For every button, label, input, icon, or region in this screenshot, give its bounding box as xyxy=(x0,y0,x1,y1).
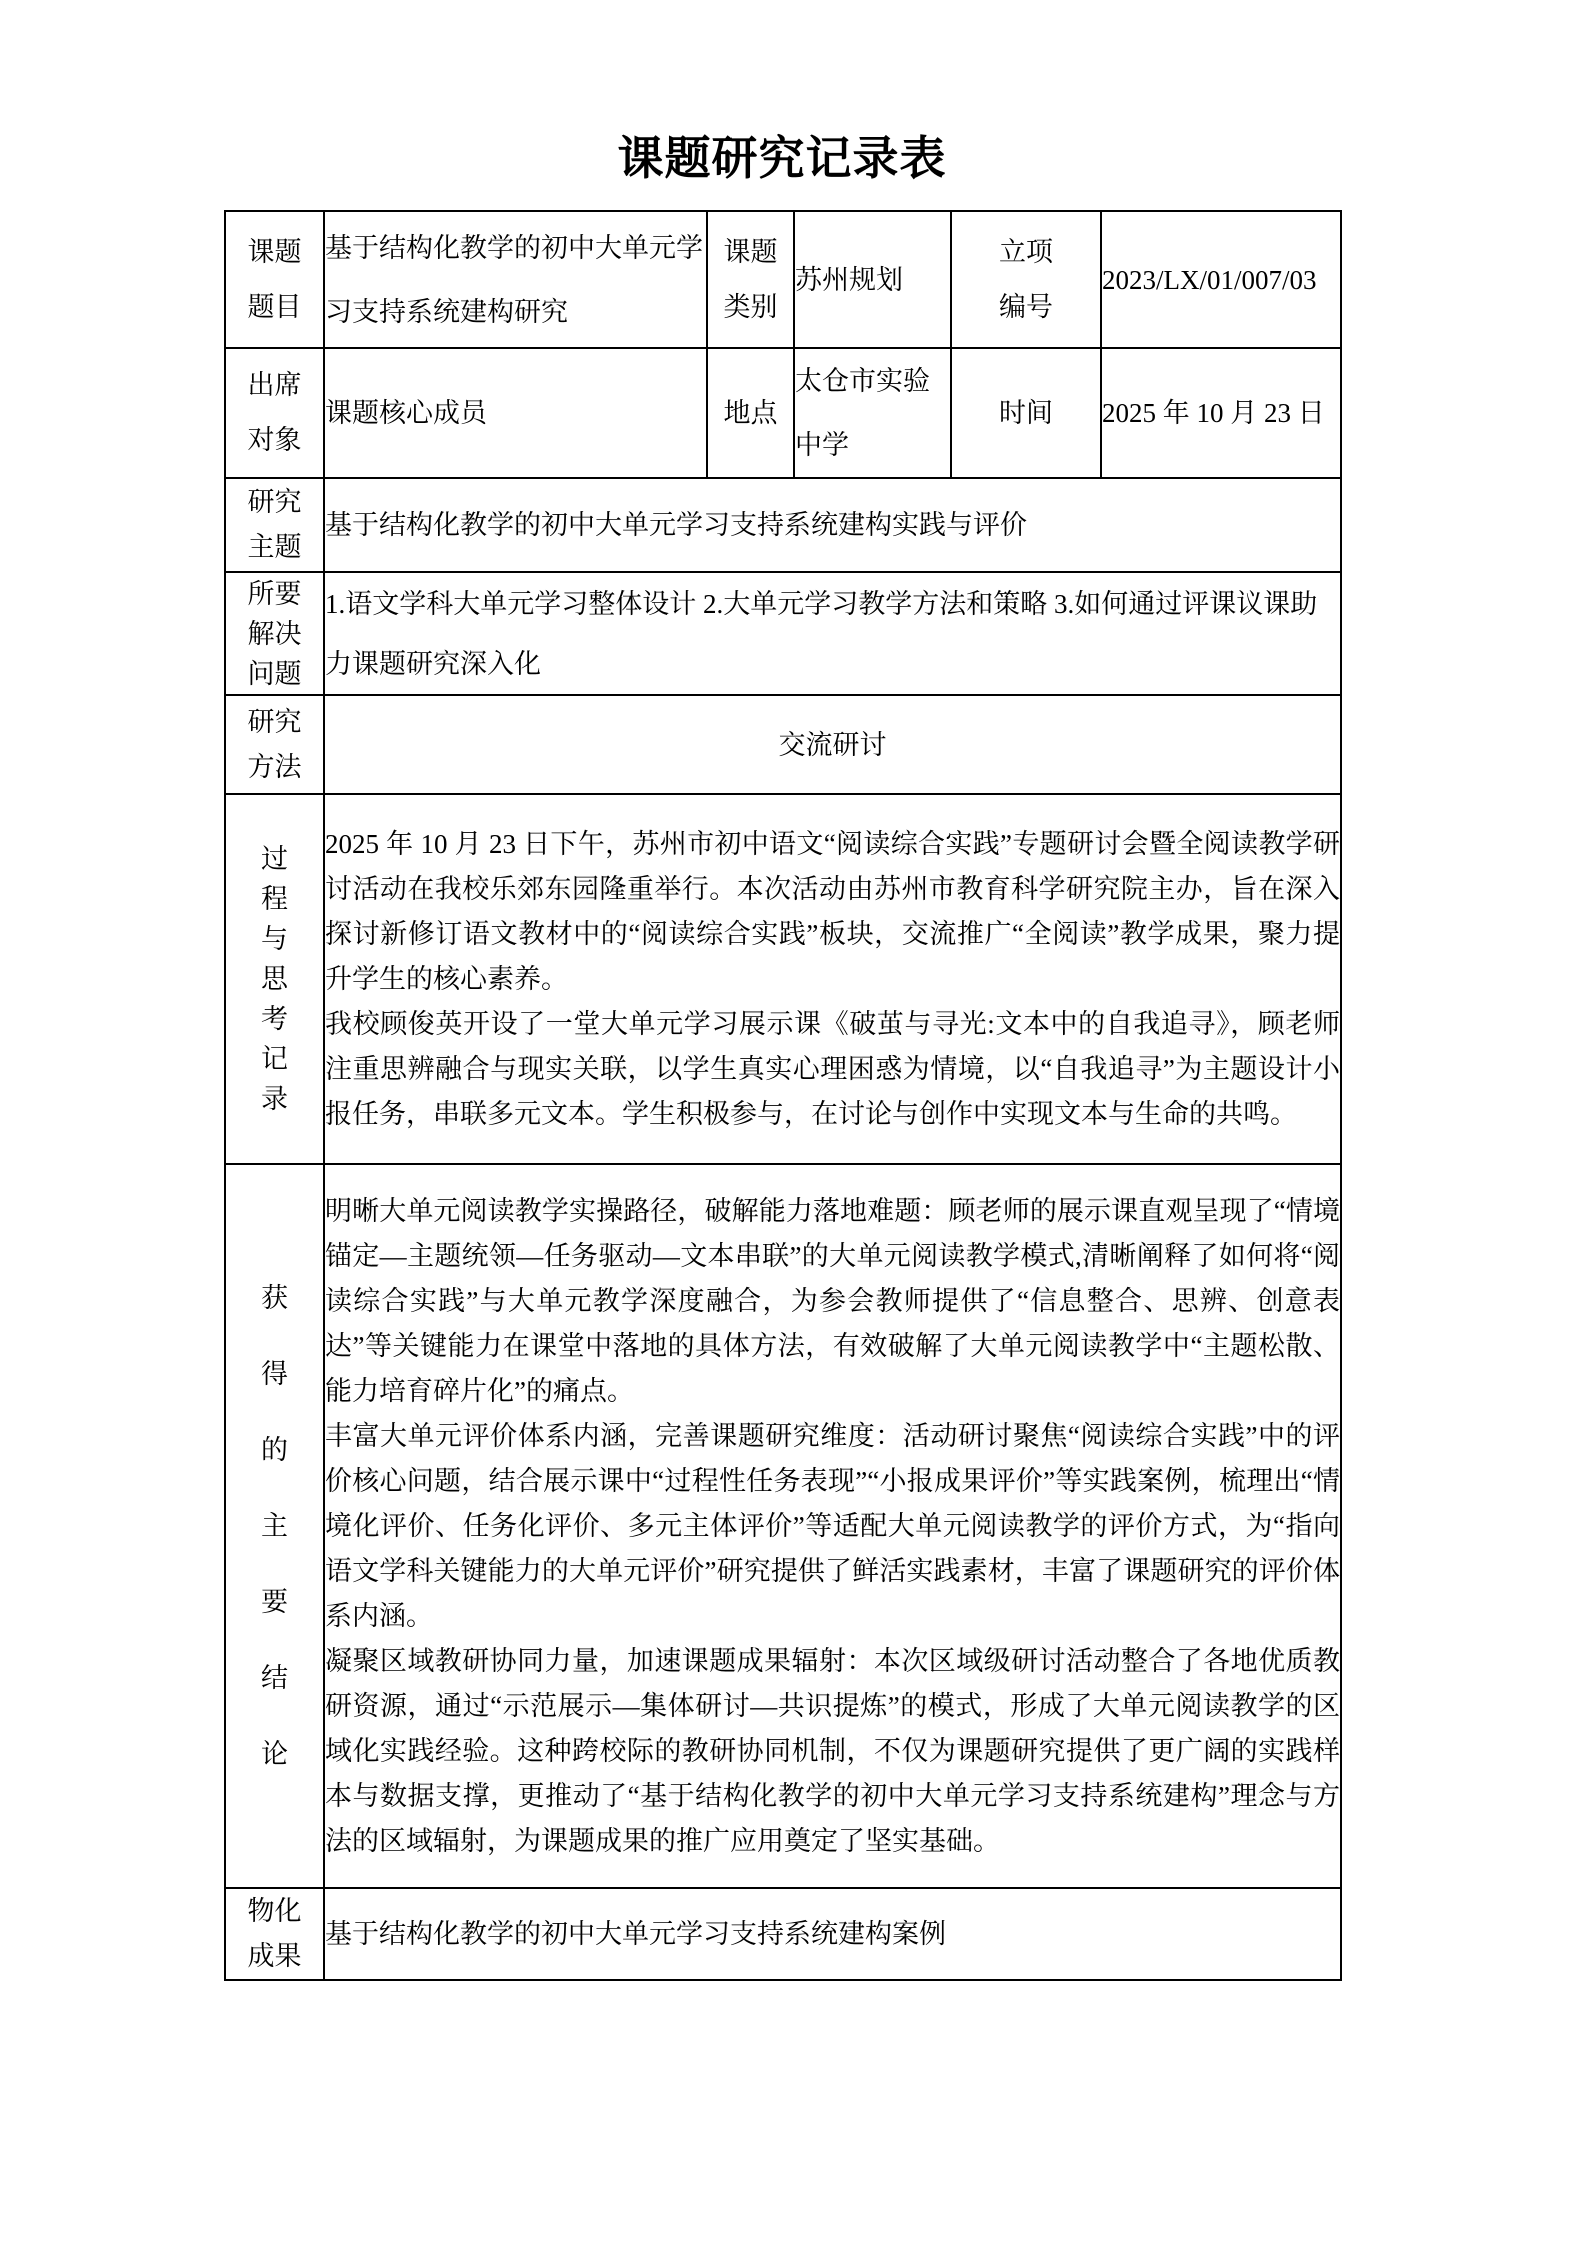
process-label: 过程与思考记录 xyxy=(259,839,290,1119)
method-label-cell: 研究方法 xyxy=(225,695,324,794)
record-table: 课题题目 基于结构化教学的初中大单元学习支持系统建构研究 课题类别 苏州规划 立… xyxy=(224,210,1342,1981)
problems-value: 1.语文学科大单元学习整体设计 2.大单元学习教学方法和策略 3.如何通过评课议… xyxy=(324,572,1341,695)
table-row-attendees: 出席对象 课题核心成员 地点 太仓市实验中学 时间 2025 年 10 月 23… xyxy=(225,348,1341,478)
location-label: 地点 xyxy=(721,386,779,441)
process-paragraphs: 2025 年 10 月 23 日下午，苏州市初中语文“阅读综合实践”专题研讨会暨… xyxy=(324,794,1341,1164)
table-row-method: 研究方法 交流研讨 xyxy=(225,695,1341,794)
theme-value: 基于结构化教学的初中大单元学习支持系统建构实践与评价 xyxy=(324,478,1341,572)
document-page: 课题研究记录表 课题题目 基于结构化教学的初中大单元学习支持系统建构研究 课题类… xyxy=(224,128,1340,1981)
category-label-cell: 课题类别 xyxy=(707,211,794,348)
location-value: 太仓市实验中学 xyxy=(794,348,951,478)
project-no-label: 立项编号 xyxy=(997,225,1055,335)
problems-label-cell: 所要解决问题 xyxy=(225,572,324,695)
category-value: 苏州规划 xyxy=(794,211,951,348)
attendees-value: 课题核心成员 xyxy=(324,348,707,478)
attendees-label: 出席对象 xyxy=(245,358,303,468)
table-row-conclusions: 获得的主要结论 明晰大单元阅读教学实操路径，破解能力落地难题：顾老师的展示课直观… xyxy=(225,1164,1341,1888)
attendees-label-cell: 出席对象 xyxy=(225,348,324,478)
method-value: 交流研讨 xyxy=(324,695,1341,794)
time-label: 时间 xyxy=(997,386,1055,441)
location-label-cell: 地点 xyxy=(707,348,794,478)
table-row-process: 过程与思考记录 2025 年 10 月 23 日下午，苏州市初中语文“阅读综合实… xyxy=(225,794,1341,1164)
method-label: 研究方法 xyxy=(245,700,303,790)
page-title: 课题研究记录表 xyxy=(224,128,1340,190)
project-no-label-cell: 立项编号 xyxy=(951,211,1101,348)
outcome-label-cell: 物化成果 xyxy=(225,1888,324,1980)
topic-title-value: 基于结构化教学的初中大单元学习支持系统建构研究 xyxy=(324,211,707,348)
table-row-theme: 研究主题 基于结构化教学的初中大单元学习支持系统建构实践与评价 xyxy=(225,478,1341,572)
conclusions-label-cell: 获得的主要结论 xyxy=(225,1164,324,1888)
table-row-outcome: 物化成果 基于结构化教学的初中大单元学习支持系统建构案例 xyxy=(225,1888,1341,1980)
topic-title-label: 课题题目 xyxy=(245,225,303,335)
topic-title-label-cell: 课题题目 xyxy=(225,211,324,348)
outcome-label: 物化成果 xyxy=(245,1889,303,1979)
process-label-cell: 过程与思考记录 xyxy=(225,794,324,1164)
problems-label: 所要解决问题 xyxy=(245,574,303,694)
table-row-problems: 所要解决问题 1.语文学科大单元学习整体设计 2.大单元学习教学方法和策略 3.… xyxy=(225,572,1341,695)
time-label-cell: 时间 xyxy=(951,348,1101,478)
time-value: 2025 年 10 月 23 日 xyxy=(1101,348,1341,478)
conclusions-paragraphs: 明晰大单元阅读教学实操路径，破解能力落地难题：顾老师的展示课直观呈现了“情境锚定… xyxy=(324,1164,1341,1888)
table-row-topic: 课题题目 基于结构化教学的初中大单元学习支持系统建构研究 课题类别 苏州规划 立… xyxy=(225,211,1341,348)
category-label: 课题类别 xyxy=(721,225,779,335)
outcome-value: 基于结构化教学的初中大单元学习支持系统建构案例 xyxy=(324,1888,1341,1980)
theme-label-cell: 研究主题 xyxy=(225,478,324,572)
conclusions-label: 获得的主要结论 xyxy=(259,1260,290,1792)
theme-label: 研究主题 xyxy=(245,480,303,570)
project-no-value: 2023/LX/01/007/03 xyxy=(1101,211,1341,348)
